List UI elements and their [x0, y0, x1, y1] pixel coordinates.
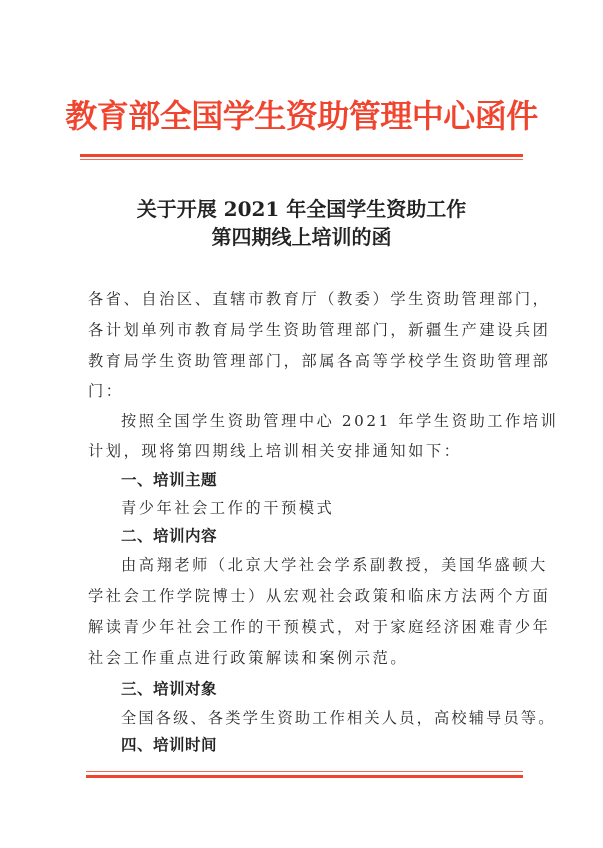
section-text: 解读青少年社会工作的干预模式，对于家庭经济困难青少年	[88, 617, 550, 637]
footer-rule-thin	[86, 771, 523, 772]
footer-rule-thick	[86, 775, 523, 778]
intro-line: 计划，现将第四期线上培训相关安排通知如下：	[88, 441, 462, 461]
addressee-line: 各计划单列市教育局学生资助管理部门，新疆生产建设兵团	[88, 320, 550, 340]
section-heading-audience: 三、培训对象	[121, 679, 217, 699]
addressee-line: 各省、自治区、直辖市教育厅（教委）学生资助管理部门，	[88, 289, 550, 309]
section-heading-content: 二、培训内容	[121, 526, 217, 546]
letterhead-title: 教育部全国学生资助管理中心函件	[0, 96, 603, 136]
addressee-line: 教育局学生资助管理部门，部属各高等学校学生资助管理部	[88, 351, 550, 371]
section-text: 社会工作重点进行政策解读和案例示范。	[88, 648, 408, 668]
header-rule-thin	[80, 159, 523, 160]
document-title-line1: 关于开展 2021 年全国学生资助工作	[0, 196, 603, 222]
section-text: 学社会工作学院博士）从宏观社会政策和临床方法两个方面	[88, 586, 550, 606]
section-text: 青少年社会工作的干预模式	[121, 498, 334, 518]
section-text: 由高翔老师（北京大学社会学系副教授，美国华盛顿大	[121, 555, 548, 575]
intro-line: 按照全国学生资助管理中心 2021 年学生资助工作培训	[121, 411, 558, 431]
section-text: 全国各级、各类学生资助工作相关人员，高校辅导员等。	[121, 708, 556, 728]
section-heading-time: 四、培训时间	[121, 735, 217, 755]
document-title-line2: 第四期线上培训的函	[0, 224, 603, 250]
section-heading-theme: 一、培训主题	[121, 470, 217, 490]
header-rule-thick	[80, 154, 523, 157]
addressee-line: 门：	[88, 381, 124, 401]
